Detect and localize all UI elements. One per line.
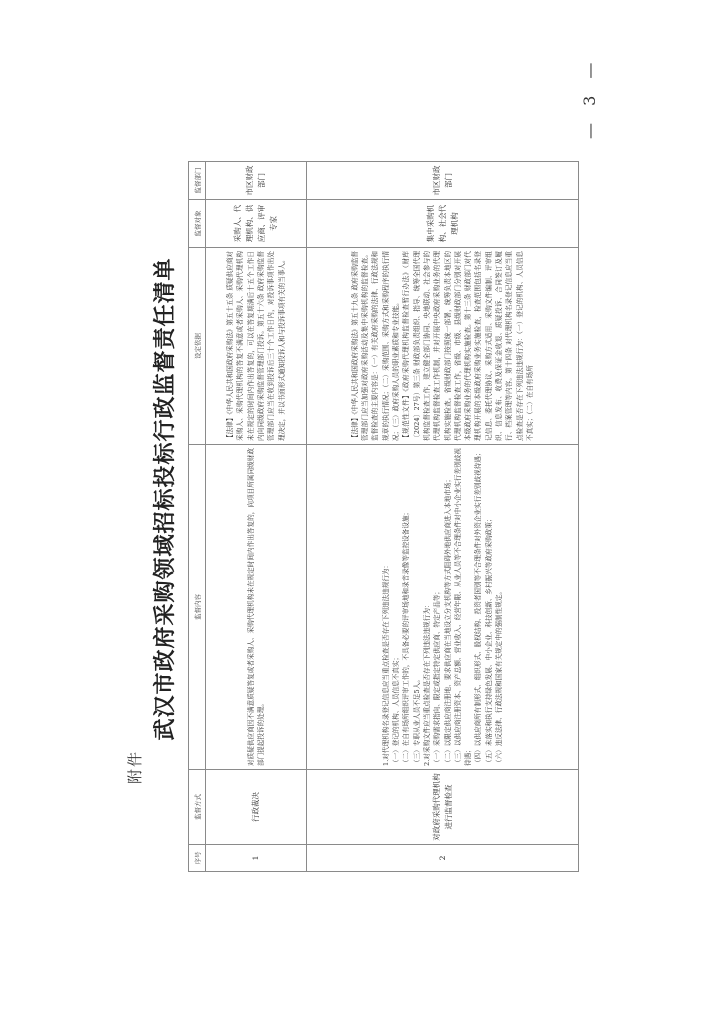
- header-basis: 设定依据: [189, 248, 206, 445]
- row-basis: 【法律】《中华人民共和国政府采购法》第五十九条 政府采购监督管理部门应当加强对政…: [307, 248, 579, 445]
- document-page: 附件 武汉市政府采购领域招标投标行政监督责任清单 序号 监督方式 监督内容 设定…: [0, 0, 720, 1019]
- basis-paragraph: 【法律】《中华人民共和国政府采购法》第五十五条 质疑供应商对采购人、采购代理机构…: [225, 251, 287, 441]
- header-department: 监督部门: [189, 162, 206, 200]
- content-paragraph: 对质疑供应商因不满意质疑答复或者采购人、采购代理机构未在规定时间内作出答复的，向…: [246, 448, 267, 766]
- row-method: 行政裁决: [206, 770, 307, 845]
- header-content: 监督内容: [189, 445, 206, 770]
- row-no: 2: [307, 845, 579, 872]
- row-department: 市区财政部门: [206, 162, 307, 200]
- content-paragraph: （四）以供应商所有制形式、组织形式、股权结构、投资者国别等不合理条件对外资企业实…: [473, 448, 483, 766]
- row-object: 采购人、代理机构、供应商、评审专家: [206, 200, 307, 248]
- basis-paragraph: 【法律】《中华人民共和国政府采购法》第五十九条 政府采购监督管理部门应当加强对政…: [350, 251, 401, 441]
- row-basis: 【法律】《中华人民共和国政府采购法》第五十五条 质疑供应商对采购人、采购代理机构…: [206, 248, 307, 445]
- page-number: — 3 —: [580, 57, 599, 139]
- content-paragraph: （一）登记的机构、人员信息不真实；: [391, 448, 401, 766]
- row-method: 对政府采购代理机构进行监督检查: [307, 770, 579, 845]
- header-method: 监督方式: [189, 770, 206, 845]
- attachment-label: 附件: [124, 750, 145, 784]
- table-header-row: 序号 监督方式 监督内容 设定依据 监督对象 监督部门: [189, 162, 206, 872]
- content-paragraph: （三）专职从业人员不足5人。: [412, 448, 422, 766]
- row-content: 1.对代理机构名录登记信息应当重点检查是否存在下列违法违规行为： （一）登记的机…: [307, 445, 579, 770]
- content-paragraph: 1.对代理机构名录登记信息应当重点检查是否存在下列违法违规行为：: [381, 448, 391, 766]
- table-row: 2 对政府采购代理机构进行监督检查 1.对代理机构名录登记信息应当重点检查是否存…: [307, 162, 579, 872]
- basis-paragraph: 【规范性文件】《政府采购代理机构监督检查暂行办法》（财库〔2024〕27号）第三…: [401, 251, 535, 441]
- content-paragraph: 2.对采购文件应当重点检查是否存在下列违法违规行为：: [422, 448, 432, 766]
- table-row: 1 行政裁决 对质疑供应商因不满意质疑答复或者采购人、采购代理机构未在规定时间内…: [206, 162, 307, 872]
- responsibility-table: 序号 监督方式 监督内容 设定依据 监督对象 监督部门 1 行政裁决 对质疑供应…: [188, 161, 579, 872]
- document-title: 武汉市政府采购领域招标投标行政监督责任清单: [148, 199, 179, 799]
- content-paragraph: （五）未落实和执行支持绿色发展、中小企业、科技创新、乡村振兴等政府采购政策；: [484, 448, 494, 766]
- content-paragraph: （三）以供应商注册资本、资产总额、营业收入、经营年限、从业人员等不合理条件对中小…: [453, 448, 474, 766]
- row-object: 集中采购机构、社会代理机构: [307, 200, 579, 248]
- content-paragraph: （一）采购需求指向、限定或指定特定供应商、特定产品等；: [432, 448, 442, 766]
- content-paragraph: （二）以限定供应商注册地、要求供应商在当地设立分支机构等方式阻碍外地供应商进入本…: [443, 448, 453, 766]
- content-paragraph: （二）在自有场所组织评审工作的，不具备必要的评审场地和录音录像等监控设备设施；: [401, 448, 411, 766]
- row-department: 市区财政部门: [307, 162, 579, 200]
- row-content: 对质疑供应商因不满意质疑答复或者采购人、采购代理机构未在规定时间内作出答复的，向…: [206, 445, 307, 770]
- row-no: 1: [206, 845, 307, 872]
- header-object: 监督对象: [189, 200, 206, 248]
- header-no: 序号: [189, 845, 206, 872]
- content-paragraph: （六）违反法律、行政法规和国家有关规定中的强制性规定。: [494, 448, 504, 766]
